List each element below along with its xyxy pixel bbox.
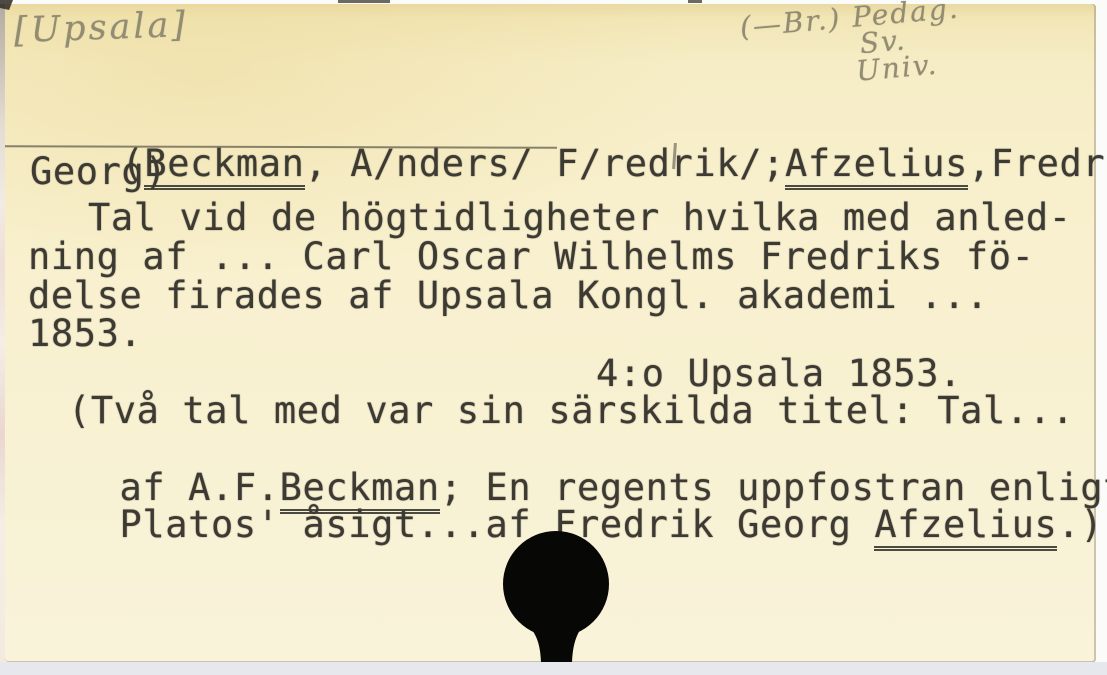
scan-artifact xyxy=(338,0,390,3)
scanned-catalog-card-page: [Upsala] (—Br.) Pedag. Sv. Univ. (Beckma… xyxy=(0,0,1107,675)
imprint-line: 4:o Upsala 1853. xyxy=(596,354,962,394)
author-name-beckman: Beckman xyxy=(144,142,304,190)
note-line: (Två tal med var sin särskilda titel: Ta… xyxy=(68,391,1075,431)
keyhole-punch-hole xyxy=(495,528,617,662)
title-line: Tal vid de högtidligheter hvilka med anl… xyxy=(88,198,1072,238)
note-text: .) xyxy=(1057,503,1103,546)
title-line: delse firades af Upsala Kongl. akademi .… xyxy=(28,276,989,316)
scan-artifact xyxy=(688,0,702,3)
catalog-heading-line2: Georg) xyxy=(30,152,167,192)
handwritten-classification: (—Br.) Pedag. Sv. Univ. xyxy=(739,0,965,94)
author-name-afzelius: Afzelius xyxy=(785,142,968,190)
author-name-afzelius: Afzelius xyxy=(874,503,1057,551)
title-line: 1853. xyxy=(28,314,142,354)
scan-artifact xyxy=(0,4,5,662)
scan-background-strip xyxy=(0,662,1107,675)
heading-text: ,Fredrik xyxy=(968,142,1107,185)
title-line: ning af ... Carl Oscar Wilhelms Fredriks… xyxy=(28,237,1035,277)
handwritten-shelfmark: [Upsala] xyxy=(13,5,188,51)
